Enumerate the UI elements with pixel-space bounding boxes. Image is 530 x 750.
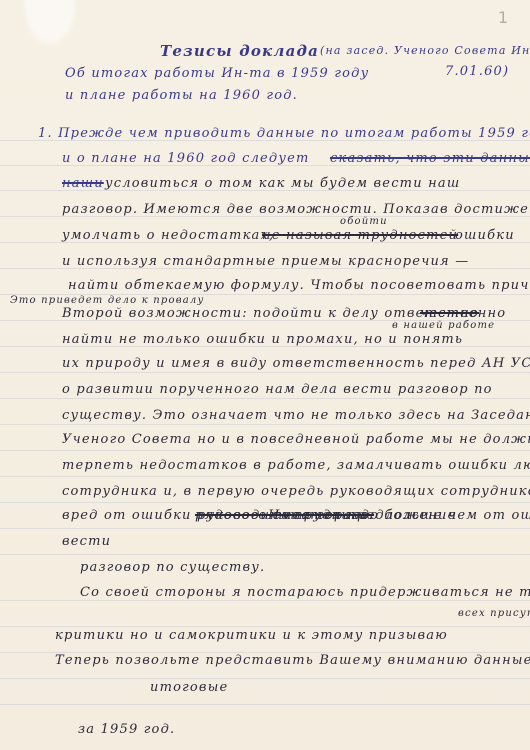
inserted-text: обойти [340,216,388,227]
ruling-line [0,372,530,373]
inserted-text: в нашей работе [392,320,495,331]
inserted-text: всех присутствующих. [458,608,530,619]
struck-text: честно [420,306,479,321]
text-line: Имеется предложение [268,508,456,523]
ruling-line [0,600,530,601]
text-line: за 1959 год. [78,722,175,737]
text-line: 1. Прежде чем приводить данные по итогам… [38,126,530,141]
text-line: и используя стандартные приемы краснореч… [62,254,469,269]
ruling-line [0,704,530,705]
text-line: найти не только ошибки и промахи, но и п… [62,332,463,347]
doc-subtitle-2: и плане работы на 1960 год. [65,88,298,103]
ruling-line [0,528,530,529]
ruling-line [0,398,530,399]
ruling-line [0,626,530,627]
doc-occasion: (на засед. Ученого Совета Ин-та [320,44,530,57]
ruling-line [0,502,530,503]
ruling-line [0,424,530,425]
handwritten-page: 1 Тезисы доклада (на засед. Ученого Сове… [0,0,530,750]
ruling-line [0,450,530,451]
text-line: умолчать о недостатках, [62,228,274,243]
text-line: ошибки [455,228,515,243]
text-line: терпеть недостатков в работе, замалчиват… [62,458,530,473]
ruling-line [0,678,530,679]
ruling-line [0,554,530,555]
text-line: Теперь позвольте представить Вашему вним… [55,653,530,668]
doc-title: Тезисы доклада [160,42,319,60]
text-line: сотрудника и, в первую очередь руководящ… [62,484,530,499]
ruling-line [0,476,530,477]
doc-subtitle-1: Об итогах работы Ин-та в 1959 году [65,66,369,81]
doc-date: 7.01.60) [445,64,509,79]
text-line: найти обтекаемую формулу. Чтобы посовето… [68,278,530,293]
text-line: Со своей стороны я постараюсь придержива… [80,585,530,600]
text-line: вести [62,534,111,549]
table-reference: итоговые [150,680,228,695]
text-line: существу. Это означает что не только зде… [62,408,530,423]
struck-text: сказать, что эти данные [330,151,530,166]
text-line: и о плане на 1960 год следует [62,151,310,166]
text-line: Ученого Совета но и в повседневной работ… [62,432,530,447]
struck-text: наши [62,176,104,191]
struck-text: не называя трудностей [262,228,458,243]
text-line: разговор. Имеются две возможности. Показ… [62,202,530,217]
text-line: критики но и самокритики и к этому призы… [55,628,448,643]
margin-note: Это приведет дело к провалу [10,295,204,306]
text-line: их природу и имея в виду ответственность… [62,356,530,371]
page-number: 1 [498,8,508,27]
text-line: о развитии порученного нам дела вести ра… [62,382,493,397]
text-line: разговор по существу. [80,560,265,575]
text-line: условиться о том как мы будем вести наш [105,176,460,191]
